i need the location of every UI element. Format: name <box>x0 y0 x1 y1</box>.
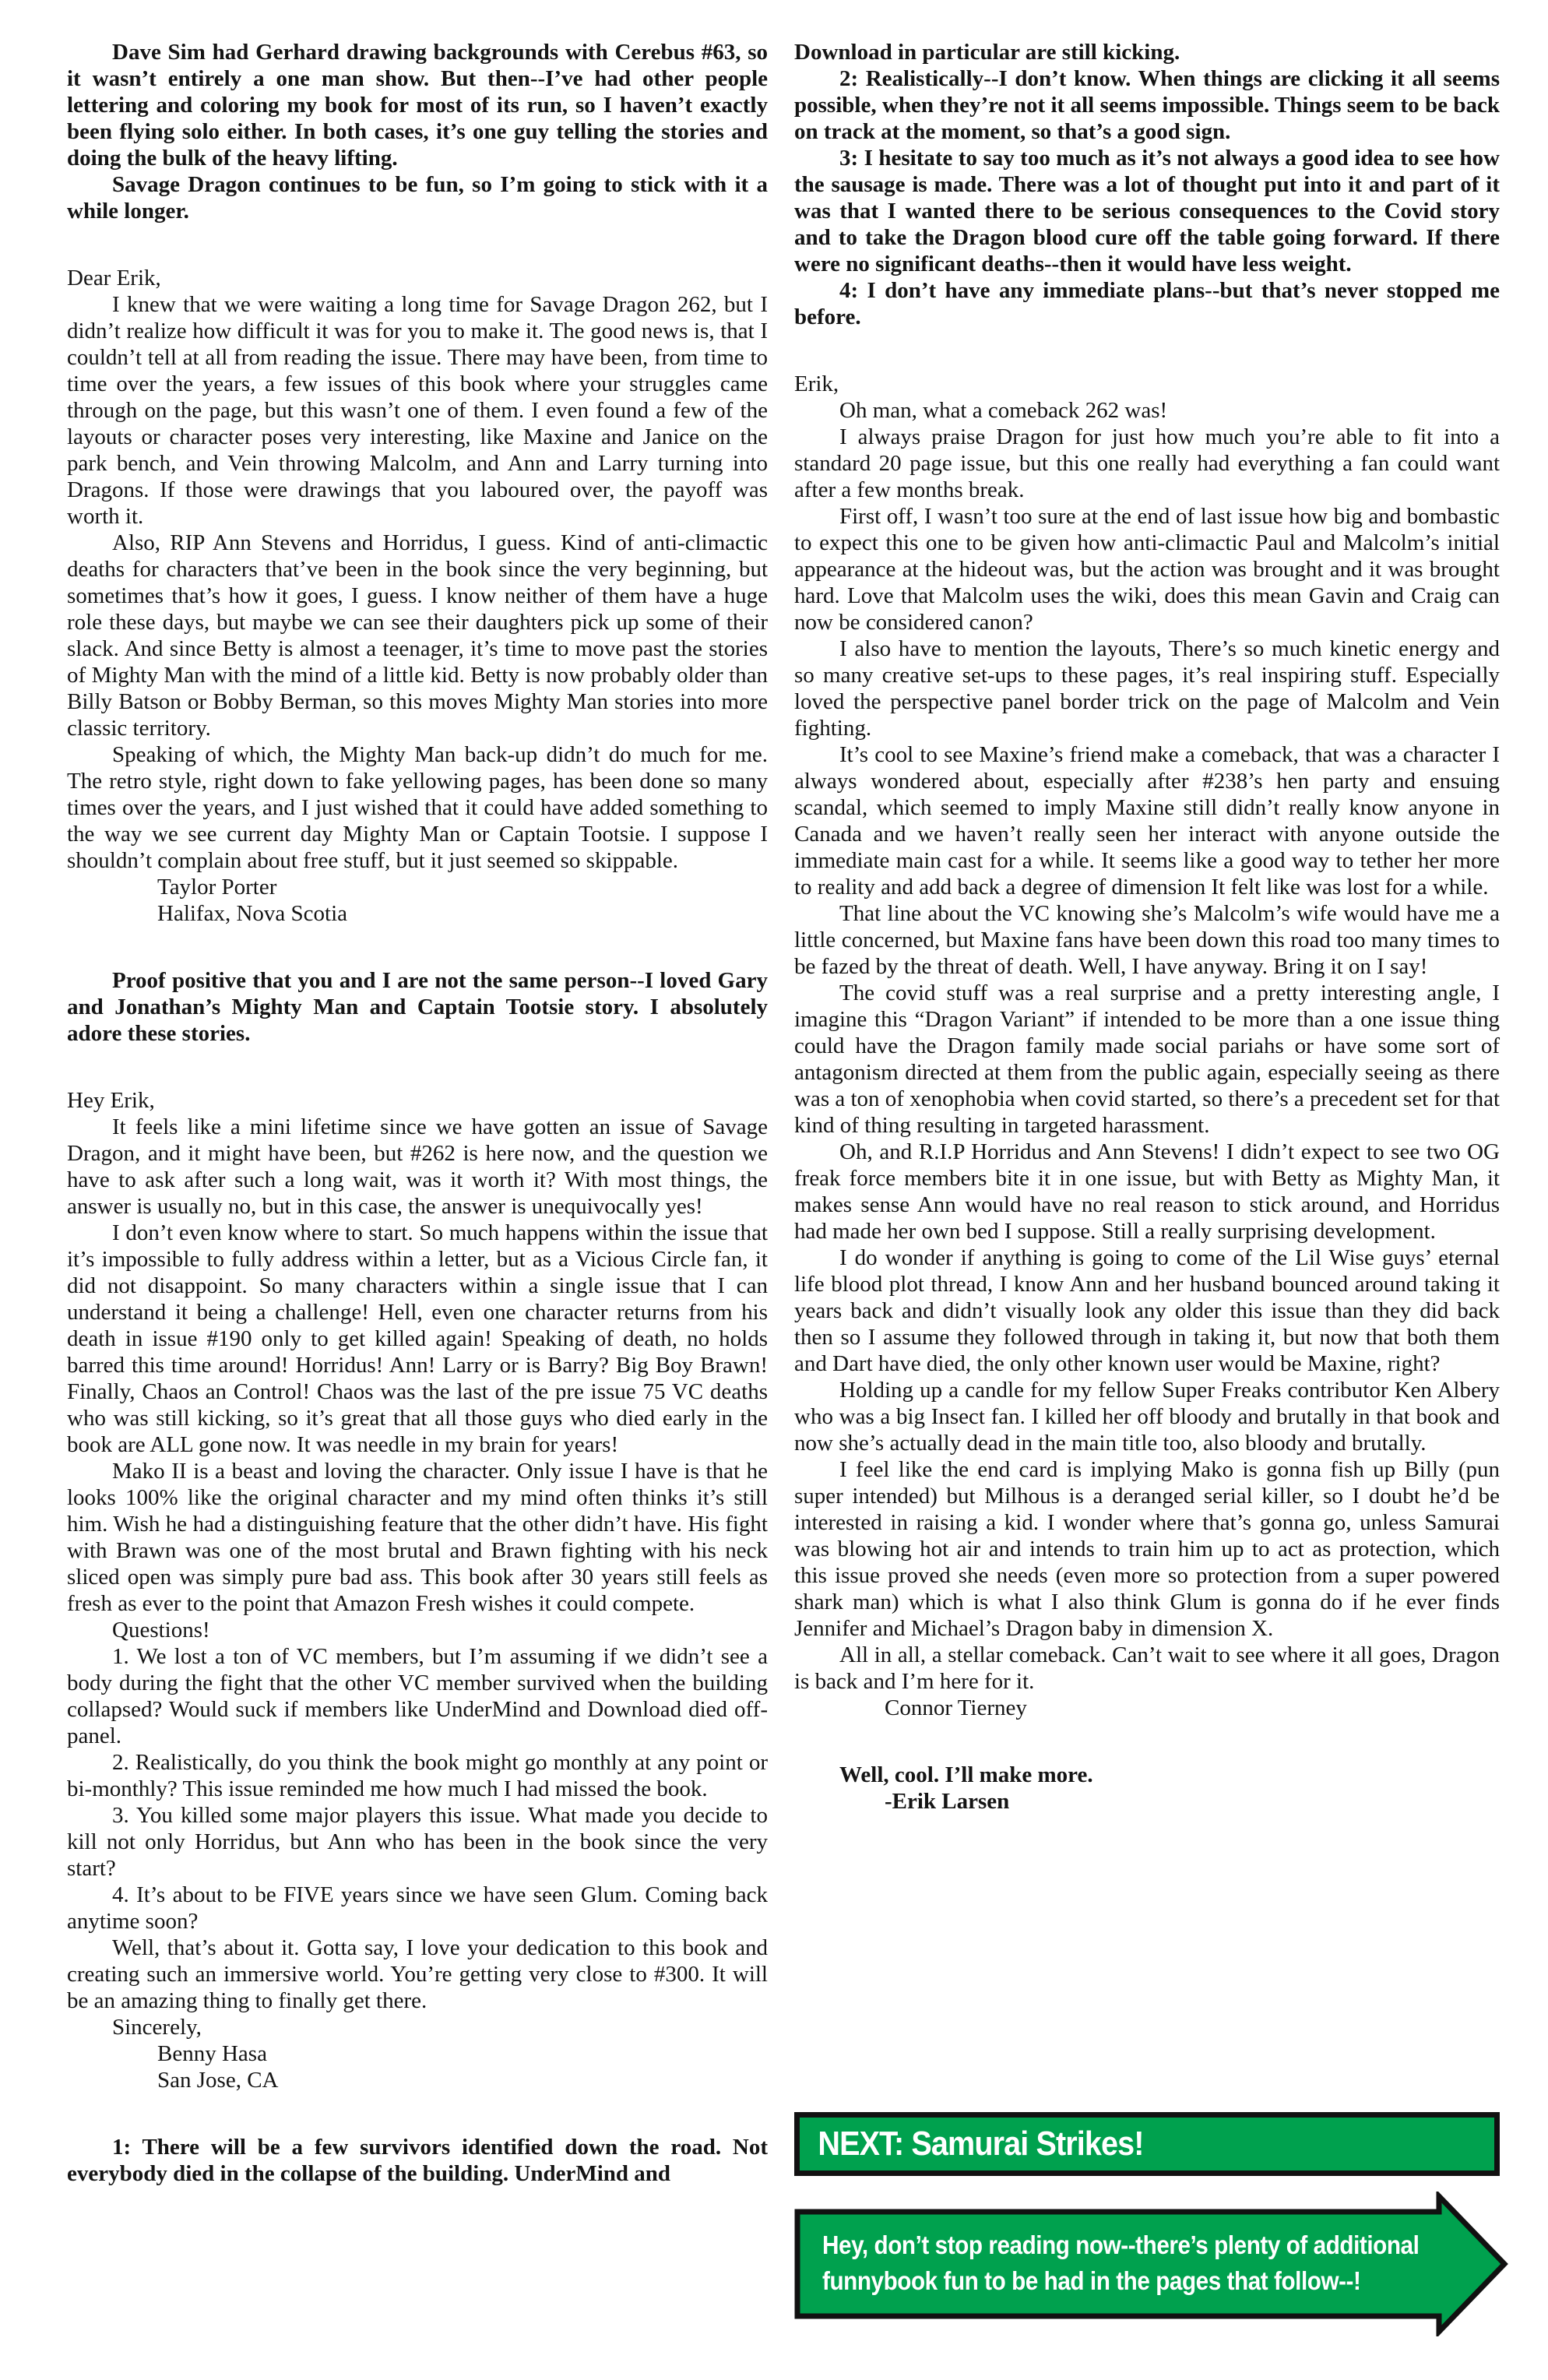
signature-line: Connor Tierney <box>794 1695 1500 1721</box>
keep-reading-line1: Hey, don’t stop reading now--there’s ple… <box>822 2230 1419 2260</box>
signature-line: -Erik Larsen <box>794 1788 1500 1815</box>
signature-line: San Jose, CA <box>67 2067 768 2093</box>
spacer <box>794 1721 1500 1762</box>
paragraph: I feel like the end card is implying Mak… <box>794 1456 1500 1642</box>
paragraph: Oh man, what a comeback 262 was! <box>794 397 1500 424</box>
spacer <box>67 2093 768 2134</box>
paragraph: 1. We lost a ton of VC members, but I’m … <box>67 1643 768 1749</box>
paragraph: I also have to mention the layouts, Ther… <box>794 635 1500 741</box>
paragraph: First off, I wasn’t too sure at the end … <box>794 503 1500 635</box>
keep-reading-text: Hey, don’t stop reading now--there’s ple… <box>822 2212 1486 2315</box>
paragraph: All in all, a stellar comeback. Can’t wa… <box>794 1642 1500 1695</box>
paragraph: Download in particular are still kicking… <box>794 39 1500 65</box>
paragraph: Oh, and R.I.P Horridus and Ann Stevens! … <box>794 1139 1500 1245</box>
spacer <box>794 330 1500 371</box>
paragraph: Dave Sim had Gerhard drawing backgrounds… <box>67 39 768 171</box>
paragraph: 4. It’s about to be FIVE years since we … <box>67 1882 768 1935</box>
signature-line: Benny Hasa <box>67 2040 768 2067</box>
right-column: Download in particular are still kicking… <box>794 39 1500 1815</box>
salutation-line: Hey Erik, <box>67 1087 768 1114</box>
paragraph: 3. You killed some major players this is… <box>67 1802 768 1882</box>
paragraph: Savage Dragon continues to be fun, so I’… <box>67 171 768 224</box>
paragraph: 3: I hesitate to say too much as it’s no… <box>794 145 1500 277</box>
paragraph: I don’t even know where to start. So muc… <box>67 1220 768 1458</box>
salutation-line: Erik, <box>794 371 1500 397</box>
keep-reading-arrow-banner: Hey, don’t stop reading now--there’s ple… <box>794 2192 1511 2336</box>
paragraph: Well, that’s about it. Gotta say, I love… <box>67 1935 768 2014</box>
paragraph: I do wonder if anything is going to come… <box>794 1245 1500 1377</box>
spacer <box>67 1047 768 1087</box>
paragraph: I always praise Dragon for just how much… <box>794 424 1500 503</box>
spacer <box>67 224 768 265</box>
paragraph: Questions! <box>67 1617 768 1643</box>
paragraph: Holding up a candle for my fellow Super … <box>794 1377 1500 1456</box>
left-column: Dave Sim had Gerhard drawing backgrounds… <box>67 39 768 2187</box>
signature-line: Taylor Porter <box>67 874 768 900</box>
paragraph: Mako II is a beast and loving the charac… <box>67 1458 768 1617</box>
paragraph: Speaking of which, the Mighty Man back-u… <box>67 741 768 874</box>
paragraph: It’s cool to see Maxine’s friend make a … <box>794 741 1500 900</box>
spacer <box>67 927 768 967</box>
signature-line: Well, cool. I’ll make more. <box>794 1762 1500 1788</box>
signature-line: Sincerely, <box>67 2014 768 2040</box>
next-issue-banner: NEXT: Samurai Strikes! <box>794 2112 1500 2176</box>
paragraph: That line about the VC knowing she’s Mal… <box>794 900 1500 980</box>
salutation-line: Dear Erik, <box>67 265 768 291</box>
paragraph: The covid stuff was a real surprise and … <box>794 980 1500 1139</box>
paragraph: Also, RIP Ann Stevens and Horridus, I gu… <box>67 530 768 741</box>
paragraph: 2. Realistically, do you think the book … <box>67 1749 768 1802</box>
next-issue-banner-label: NEXT: Samurai Strikes! <box>800 2125 1144 2163</box>
paragraph: 4: I don’t have any immediate plans--but… <box>794 277 1500 330</box>
paragraph: I knew that we were waiting a long time … <box>67 291 768 530</box>
signature-line: Halifax, Nova Scotia <box>67 900 768 927</box>
paragraph: 1: There will be a few survivors identif… <box>67 2134 768 2187</box>
keep-reading-line2: funnybook fun to be had in the pages tha… <box>822 2266 1419 2296</box>
paragraph: It feels like a mini lifetime since we h… <box>67 1114 768 1220</box>
paragraph: Proof positive that you and I are not th… <box>67 967 768 1047</box>
paragraph: 2: Realistically--I don’t know. When thi… <box>794 65 1500 145</box>
